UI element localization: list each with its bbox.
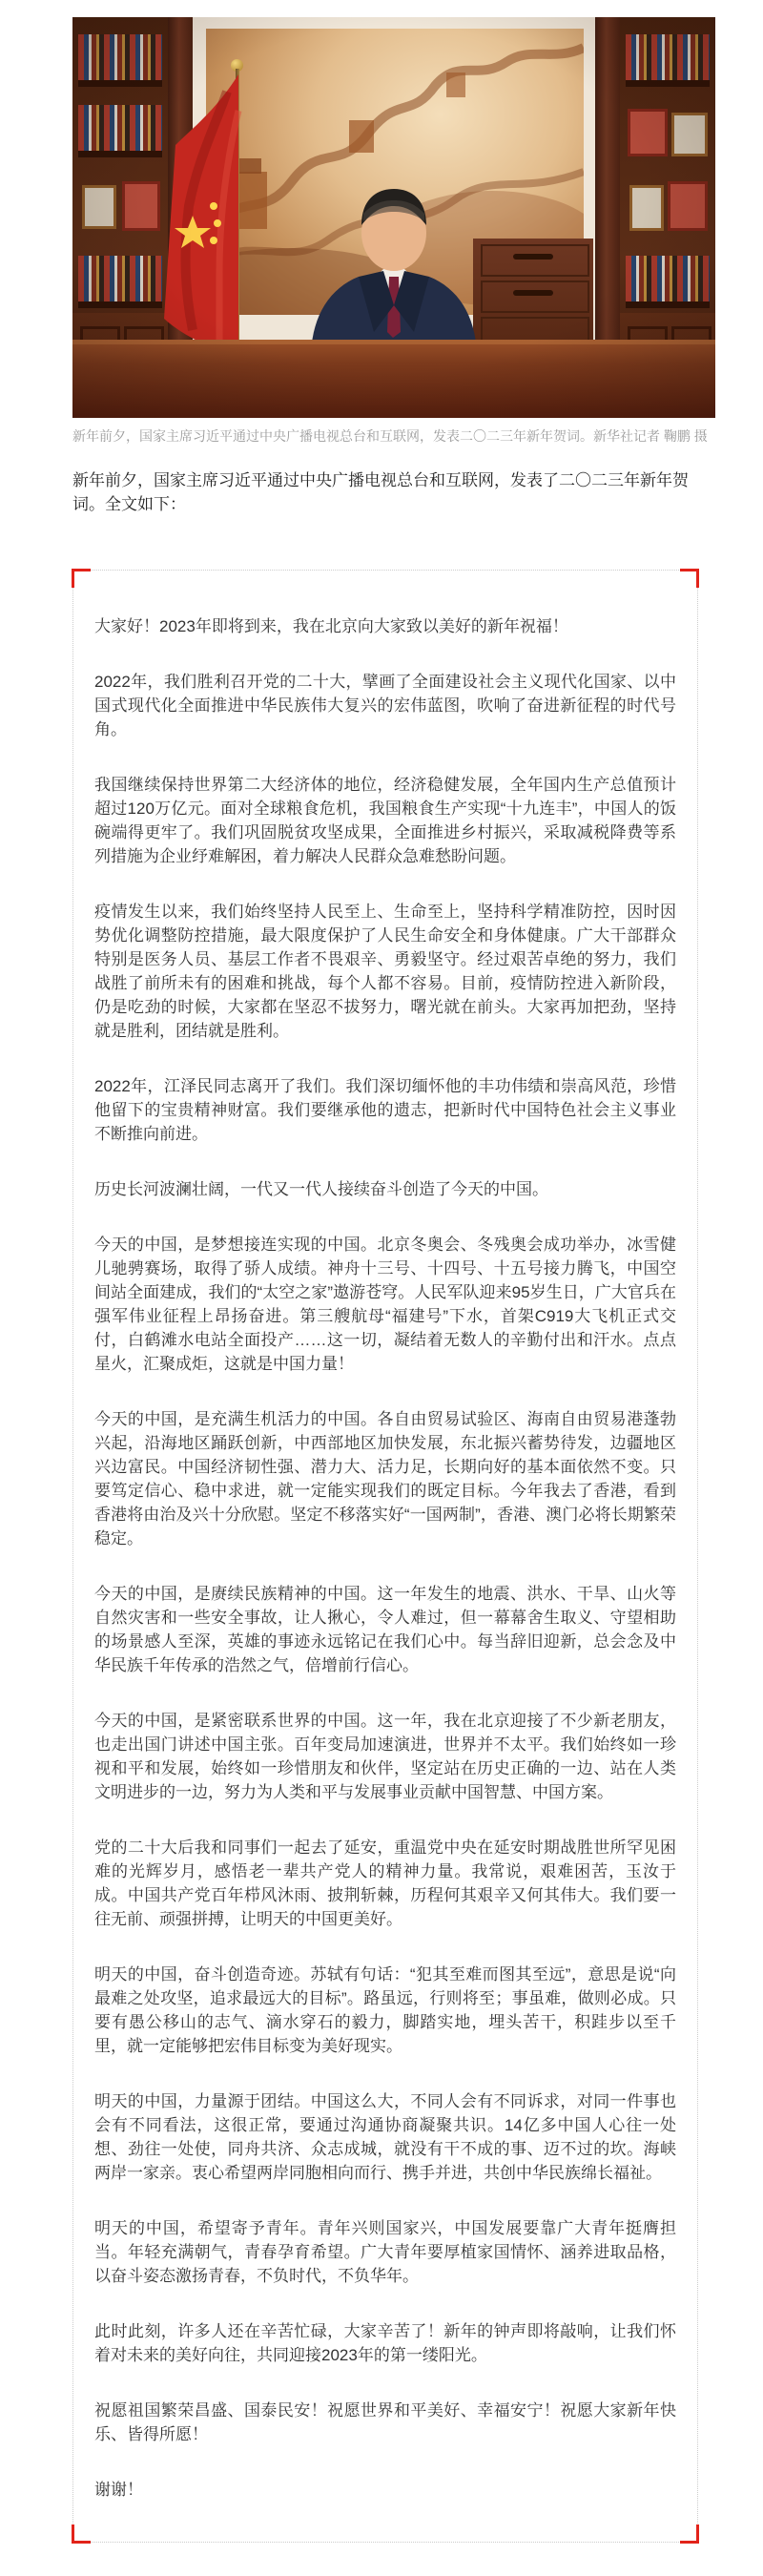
speech-paragraph: 今天的中国，是赓续民族精神的中国。这一年发生的地震、洪水、干旱、山火等自然灾害和… [94,1582,676,1677]
box-corner-top-left-icon [72,569,91,588]
speech-paragraph: 明天的中国，力量源于团结。中国这么大，不同人会有不同诉求，对同一件事也会有不同看… [94,2089,676,2185]
box-corner-bottom-left-icon [72,2524,91,2544]
speech-paragraph: 2022年，我们胜利召开党的二十大，擘画了全面建设社会主义现代化国家、以中国式现… [94,670,676,741]
speech-paragraph: 明天的中国，奋斗创造奇迹。苏轼有句话：“犯其至难而图其至远”，意思是说“向最难之… [94,1963,676,2058]
speech-paragraph: 疫情发生以来，我们始终坚持人民至上、生命至上，坚持科学精准防控，因时因势优化调整… [94,900,676,1043]
speech-quote-box: 大家好！2023年即将到来，我在北京向大家致以美好的新年祝福！2022年，我们胜… [72,570,698,2543]
speech-body: 大家好！2023年即将到来，我在北京向大家致以美好的新年祝福！2022年，我们胜… [94,614,676,2502]
speech-paragraph: 此时此刻，许多人还在辛苦忙碌，大家辛苦了！新年的钟声即将敲响，让我们怀着对未来的… [94,2319,676,2367]
speech-paragraph: 谢谢！ [94,2478,676,2502]
speech-paragraph: 2022年，江泽民同志离开了我们。我们深切缅怀他的丰功伟绩和崇高风范，珍惜他留下… [94,1074,676,1146]
speech-paragraph: 历史长河波澜壮阔，一代又一代人接续奋斗创造了今天的中国。 [94,1177,676,1201]
speech-paragraph: 党的二十大后我和同事们一起去了延安，重温党中央在延安时期战胜世所罕见困难的光辉岁… [94,1836,676,1931]
speech-paragraph: 大家好！2023年即将到来，我在北京向大家致以美好的新年祝福！ [94,614,676,638]
photo-vignette [72,17,715,418]
speech-paragraph: 今天的中国，是梦想接连实现的中国。北京冬奥会、冬残奥会成功举办，冰雪健儿驰骋赛场… [94,1233,676,1376]
speech-paragraph: 今天的中国，是紧密联系世界的中国。这一年，我在北京迎接了不少新老朋友，也走出国门… [94,1709,676,1804]
speech-paragraph: 明天的中国，希望寄予青年。青年兴则国家兴，中国发展要靠广大青年挺膺担当。年轻充满… [94,2216,676,2288]
lead-photo [72,17,715,418]
speech-paragraph: 祝愿祖国繁荣昌盛、国泰民安！祝愿世界和平美好、幸福安宁！祝愿大家新年快乐、皆得所… [94,2399,676,2446]
photo-caption: 新年前夕，国家主席习近平通过中央广播电视总台和互联网，发表二〇二三年新年贺词。新… [72,426,715,447]
speech-paragraph: 今天的中国，是充满生机活力的中国。各自由贸易试验区、海南自由贸易港蓬勃兴起，沿海… [94,1407,676,1550]
speech-paragraph: 我国继续保持世界第二大经济体的地位，经济稳健发展，全年国内生产总值预计超过120… [94,773,676,868]
box-corner-bottom-right-icon [680,2524,699,2544]
article-page: 新年前夕，国家主席习近平通过中央广播电视总台和互联网，发表二〇二三年新年贺词。新… [0,17,763,2543]
intro-paragraph: 新年前夕，国家主席习近平通过中央广播电视总台和互联网，发表了二〇二三年新年贺词。… [72,468,698,516]
box-corner-top-right-icon [680,569,699,588]
